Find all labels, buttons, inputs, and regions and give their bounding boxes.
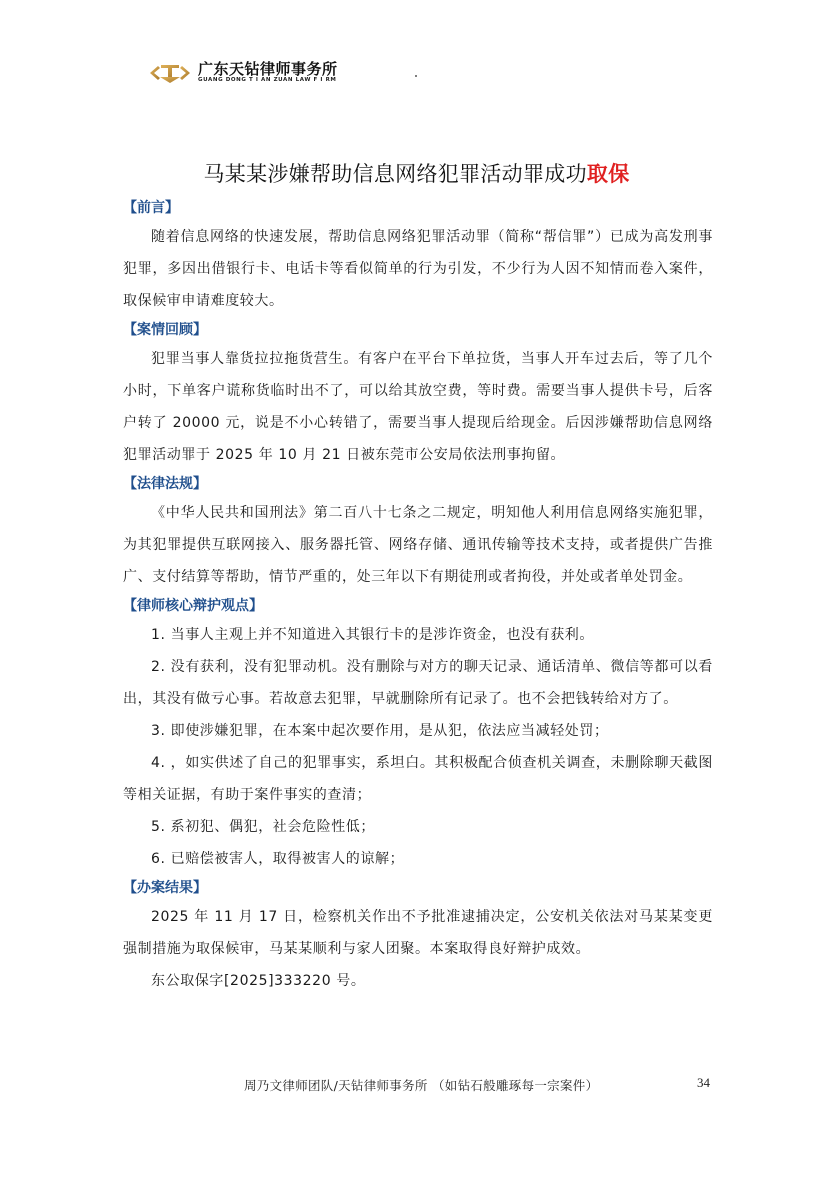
page-number: 34 [697,1075,710,1091]
title-accent: 取保 [587,162,630,186]
section-heading: 【律师核心辩护观点】 [123,593,713,619]
defense-point: 3. 即使涉嫌犯罪，在本案中起次要作用，是从犯，依法应当减轻处罚； [123,715,713,747]
section-heading: 【案情回顾】 [123,317,713,343]
letterhead: 广东天钻律师事务所 GUANG DONG T I AN ZUAN LAW F I… [148,62,338,84]
law-firm-diamond-logo-icon [148,62,192,84]
page-title: 马某某涉嫌帮助信息网络犯罪活动罪成功取保 [0,158,833,188]
section-heading: 【法律法规】 [123,471,713,497]
section-heading: 【办案结果】 [123,875,713,901]
header-dot [415,75,417,77]
paragraph: 犯罪当事人靠货拉拉拖货营生。有客户在平台下单拉货，当事人开车过去后，等了几个小时… [123,343,713,471]
defense-point: 2. 没有获利，没有犯罪动机。没有删除与对方的聊天记录、通话清单、微信等都可以看… [123,651,713,715]
section-defense-points: 【律师核心辩护观点】 1. 当事人主观上并不知道进入其银行卡的是涉诈资金，也没有… [123,593,713,875]
title-main: 马某某涉嫌帮助信息网络犯罪活动罪成功 [203,162,586,186]
footer-text: 周乃文律师团队/天钻律师事务所 （如钻石般雕琢每一宗案件） [244,1076,598,1094]
paragraph: 《中华人民共和国刑法》第二百八十七条之二规定，明知他人利用信息网络实施犯罪，为其… [123,497,713,593]
defense-point: 1. 当事人主观上并不知道进入其银行卡的是涉诈资金，也没有获利。 [123,619,713,651]
document-body: 【前言】 随着信息网络的快速发展，帮助信息网络犯罪活动罪（简称“帮信罪”）已成为… [123,195,713,997]
bail-document-number: 东公取保字[2025]333220 号。 [123,965,713,997]
paragraph: 2025 年 11 月 17 日，检察机关作出不予批准逮捕决定，公安机关依法对马… [123,901,713,965]
section-result: 【办案结果】 2025 年 11 月 17 日，检察机关作出不予批准逮捕决定，公… [123,875,713,997]
section-laws: 【法律法规】 《中华人民共和国刑法》第二百八十七条之二规定，明知他人利用信息网络… [123,471,713,593]
section-preface: 【前言】 随着信息网络的快速发展，帮助信息网络犯罪活动罪（简称“帮信罪”）已成为… [123,195,713,317]
section-case-review: 【案情回顾】 犯罪当事人靠货拉拉拖货营生。有客户在平台下单拉货，当事人开车过去后… [123,317,713,471]
defense-point: 6. 已赔偿被害人，取得被害人的谅解； [123,843,713,875]
defense-point: 5. 系初犯、偶犯，社会危险性低； [123,811,713,843]
firm-name-en: GUANG DONG T I AN ZUAN LAW F I RM [198,78,338,84]
defense-point: 4. ，如实供述了自己的犯罪事实，系坦白。其积极配合侦查机关调查，未删除聊天截图… [123,747,713,811]
firm-name-cn: 广东天钻律师事务所 [198,62,338,77]
section-heading: 【前言】 [123,195,713,221]
paragraph: 随着信息网络的快速发展，帮助信息网络犯罪活动罪（简称“帮信罪”）已成为高发刑事犯… [123,221,713,317]
